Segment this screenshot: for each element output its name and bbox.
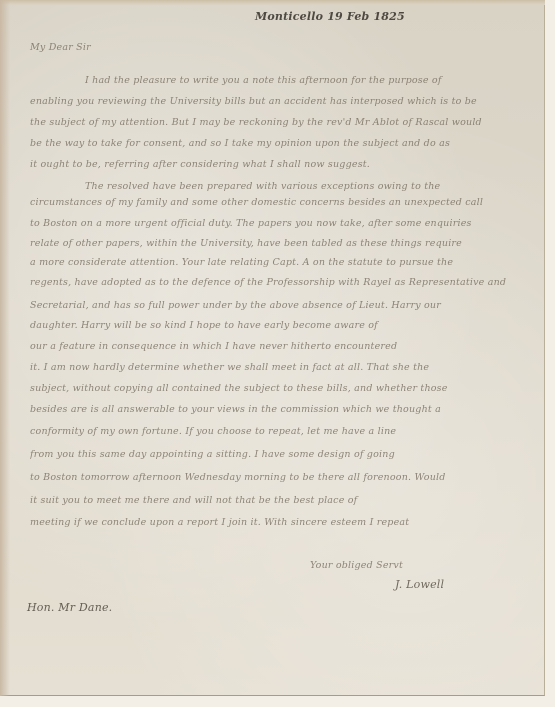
body-line: Secretarial, and has so full power under… xyxy=(30,300,535,311)
body-line: it suit you to meet me there and will no… xyxy=(30,495,535,506)
body-line: the subject of my attention. But I may b… xyxy=(30,117,535,128)
body-line: regents, have adopted as to the defence … xyxy=(30,277,535,288)
body-line: it. I am now hardly determine whether we… xyxy=(30,362,535,373)
body-line: to Boston tomorrow afternoon Wednesday m… xyxy=(30,472,535,483)
body-line: meeting if we conclude upon a report I j… xyxy=(30,517,535,528)
body-line: relate of other papers, within the Unive… xyxy=(30,238,535,249)
body-line: enabling you reviewing the University bi… xyxy=(30,96,535,107)
body-line: besides are is all answerable to your vi… xyxy=(30,404,535,415)
letter-page: Monticello 19 Feb 1825 My Dear Sir I had… xyxy=(0,0,545,696)
salutation: My Dear Sir xyxy=(30,42,91,53)
body-line: The resolved have been prepared with var… xyxy=(85,181,535,192)
signature: J. Lowell xyxy=(395,578,444,591)
body-line: a more considerate attention. Your late … xyxy=(30,257,535,268)
body-line: be the way to take for consent, and so I… xyxy=(30,138,535,149)
body-line: our a feature in consequence in which I … xyxy=(30,341,535,352)
body-line: to Boston on a more urgent official duty… xyxy=(30,218,535,229)
body-line: conformity of my own fortune. If you cho… xyxy=(30,426,535,437)
addressee: Hon. Mr Dane. xyxy=(27,601,112,614)
paper-left-edge xyxy=(0,0,10,696)
body-line: from you this same day appointing a sitt… xyxy=(30,449,535,460)
body-line: it ought to be, referring after consider… xyxy=(30,159,535,170)
body-line: subject, without copying all contained t… xyxy=(30,383,535,394)
body-line: daughter. Harry will be so kind I hope t… xyxy=(30,320,535,331)
closing: Your obliged Servt xyxy=(310,560,403,571)
body-line: I had the pleasure to write you a note t… xyxy=(85,75,535,86)
body-line: circumstances of my family and some othe… xyxy=(30,197,535,208)
dateline: Monticello 19 Feb 1825 xyxy=(255,10,405,23)
paper-top-edge xyxy=(0,0,545,5)
